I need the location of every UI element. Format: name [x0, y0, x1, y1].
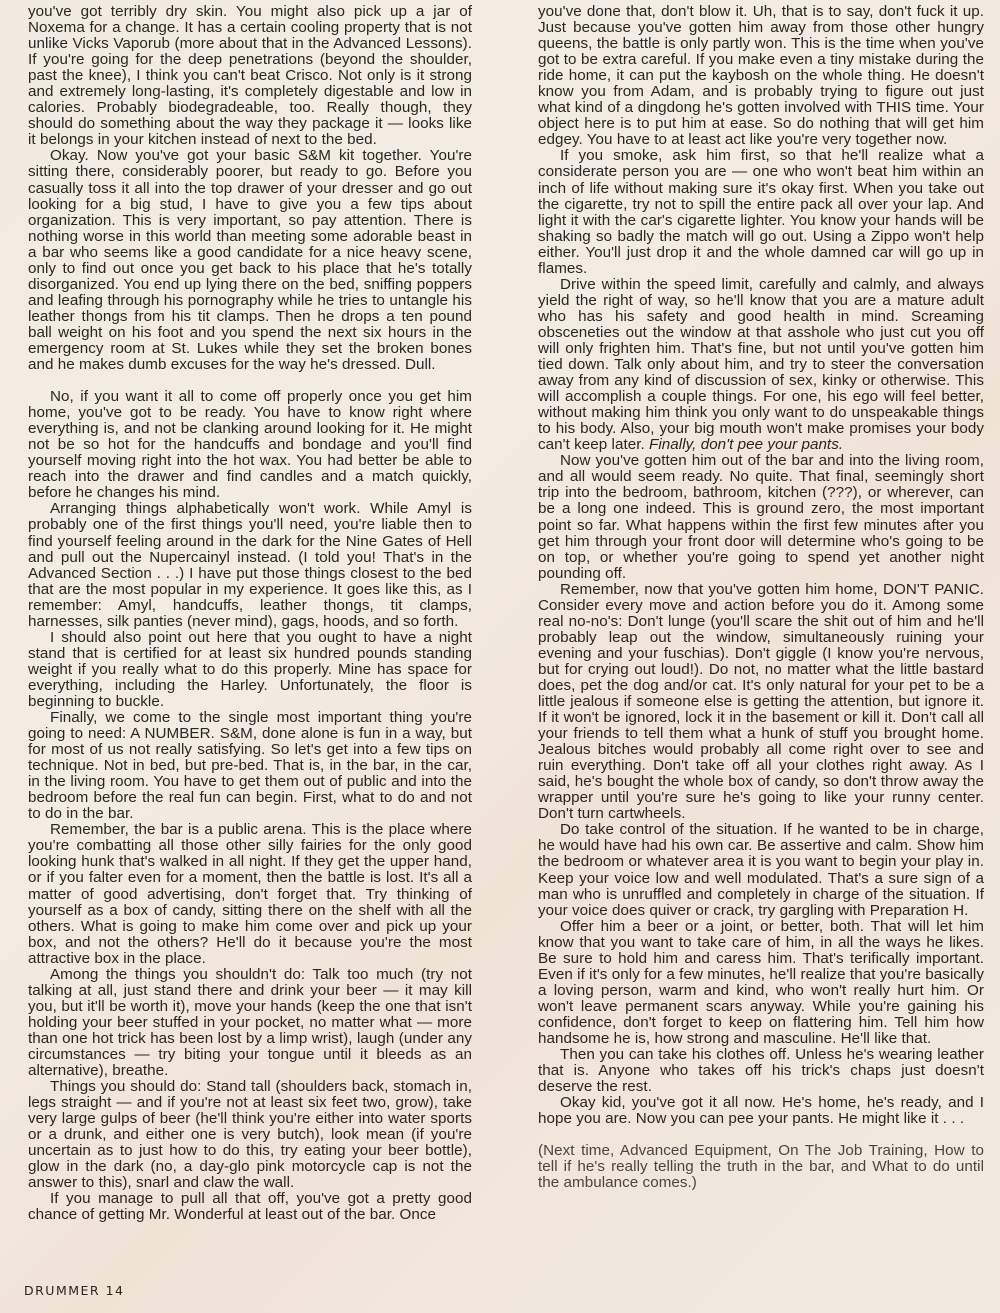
paragraph: Finally, we come to the single most impo…	[28, 710, 472, 822]
paragraph: If you smoke, ask him first, so that he'…	[538, 148, 984, 276]
paragraph: Okay. Now you've got your basic S&M kit …	[28, 148, 472, 373]
paragraph: Arranging things alphabetically won't wo…	[28, 501, 472, 629]
paragraph: Offer him a beer or a joint, or better, …	[538, 919, 984, 1047]
paragraph: No, if you want it all to come off prope…	[28, 389, 472, 501]
paragraph: Okay kid, you've got it all now. He's ho…	[538, 1095, 984, 1127]
paragraph: Remember, the bar is a public arena. Thi…	[28, 822, 472, 966]
page-folio: DRUMMER 14	[24, 1283, 125, 1298]
paragraph: Among the things you shouldn't do: Talk …	[28, 967, 472, 1079]
left-column: you've got terribly dry skin. You might …	[28, 4, 472, 1224]
paragraph: Then you can take his clothes off. Unles…	[538, 1047, 984, 1095]
paragraph: Do take control of the situation. If he …	[538, 822, 984, 918]
paragraph: I should also point out here that you ou…	[28, 630, 472, 710]
paragraph: Things you should do: Stand tall (should…	[28, 1079, 472, 1191]
paragraph-text: Drive within the speed limit, carefully …	[538, 276, 984, 453]
paragraph: If you manage to pull all that off, you'…	[28, 1191, 472, 1223]
paragraph: Drive within the speed limit, carefully …	[538, 277, 984, 454]
right-column: you've done that, don't blow it. Uh, tha…	[538, 4, 984, 1191]
paragraph: you've done that, don't blow it. Uh, tha…	[538, 4, 984, 148]
next-time-note: (Next time, Advanced Equipment, On The J…	[538, 1143, 984, 1191]
paragraph: Now you've gotten him out of the bar and…	[538, 453, 984, 581]
paragraph: you've got terribly dry skin. You might …	[28, 4, 472, 148]
italic-emphasis: Finally, don't pee your pants.	[649, 436, 843, 453]
paragraph: Remember, now that you've gotten him hom…	[538, 582, 984, 823]
